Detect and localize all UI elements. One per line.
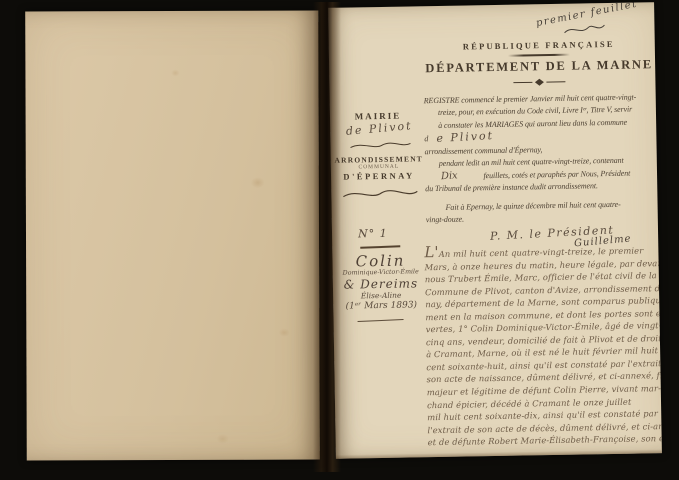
marriage-act-text: L'An mil huit cent quatre-vingt-treize, … [424,242,662,449]
left-page-blank [25,10,320,460]
commune-printed-d: d [424,134,428,143]
departement-heading: DÉPARTEMENT DE LA MARNE [423,57,655,76]
margin-act-date: (1ᵉʳ Mars 1893) [333,300,429,312]
flourish-divider-icon [341,185,419,207]
feuillets-count-handwritten: Dix [441,171,458,182]
register-preamble: REGISTRE commencé le premier Janvier mil… [424,91,659,256]
preamble-line: du Tribunal de première instance dudit a… [425,179,657,196]
heading-rule [508,54,570,57]
margin-rule [358,319,404,322]
feuillets-printed: feuillets, cotés et paraphés par Nous, P… [483,168,630,180]
main-column: RÉPUBLIQUE FRANÇAISE DÉPARTEMENT DE LA M… [422,2,658,256]
margin-rule [360,245,400,248]
arrondissement-label-line3: D'ÉPERNAY [331,170,427,182]
book-spine-gutter [313,2,341,472]
commune-handwritten: e Plivot [436,130,494,144]
margin-bride-given-names: Élise-Aline [333,290,429,301]
register-book-scan: premier feuillet MAIRIE de Plivot ARROND… [0,0,679,480]
right-page: premier feuillet MAIRIE de Plivot ARROND… [328,2,662,459]
republique-heading: RÉPUBLIQUE FRANÇAISE [423,38,655,52]
ornament-rule-icon [511,77,567,86]
act-number: N° 1 [358,227,388,241]
